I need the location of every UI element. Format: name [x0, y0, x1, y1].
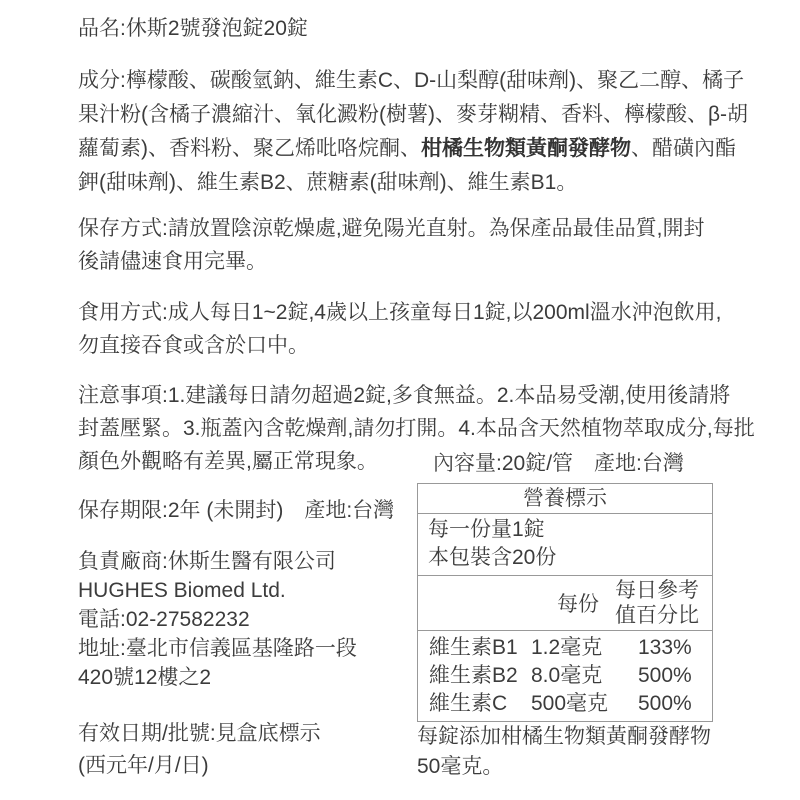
usage-line-2: 勿直接吞食或含於口中。: [78, 329, 722, 362]
nutrition-row-vitamin-b1: 維生素B1 1.2毫克 133%: [429, 634, 712, 662]
product-name: 品名:休斯2號發泡錠20錠: [78, 14, 308, 44]
nutrition-column-headers: 每份 每日參考 值百分比: [418, 576, 712, 631]
nutrition-serving-info: 每一份量1錠 本包裝含20份: [418, 514, 712, 576]
ingredients-line-1: 成分:檸檬酸、碳酸氫鈉、維生素C、D-山梨醇(甜味劑)、聚乙二醇、橘子: [78, 64, 748, 98]
storage-paragraph: 保存方式:請放置陰涼乾燥處,避免陽光直射。為保產品最佳品質,開封 後請儘速食用完…: [78, 212, 705, 278]
ingredients-line-3: 蘿蔔素)、香料粉、聚乙烯吡咯烷酮、柑橘生物類黃酮發酵物、醋磺內酯: [78, 132, 748, 166]
manufacturer-block: 負責廠商:休斯生醫有限公司 HUGHES Biomed Ltd. 電話:02-2…: [78, 547, 357, 692]
usage-line-1: 食用方式:成人每日1~2錠,4歲以上孩童每日1錠,以200ml溫水沖泡飲用,: [78, 296, 722, 329]
nutrition-table: 營養標示 每一份量1錠 本包裝含20份 每份 每日參考 值百分比 維生素B1 1…: [417, 483, 713, 722]
notice-line-2: 封蓋壓緊。3.瓶蓋內含乾燥劑,請勿打開。4.本品含天然植物萃取成分,每批: [78, 412, 755, 445]
product-label-page: 品名:休斯2號發泡錠20錠 成分:檸檬酸、碳酸氫鈉、維生素C、D-山梨醇(甜味劑…: [0, 0, 800, 800]
nutrition-footnote-line-2: 50毫克。: [417, 752, 711, 782]
expiry-block: 有效日期/批號:見盒底標示 (西元年/月/日): [78, 718, 321, 782]
net-content-line: 內容量:20錠/管 產地:台灣: [433, 450, 684, 478]
manufacturer-phone: 電話:02-27582232: [78, 605, 357, 634]
usage-paragraph: 食用方式:成人每日1~2錠,4歲以上孩童每日1錠,以200ml溫水沖泡飲用, 勿…: [78, 296, 722, 362]
nutrient-daily-value: 133%: [638, 634, 692, 662]
manufacturer-address-2: 420號12樓之2: [78, 663, 357, 692]
col-header-daily-line-1: 每日參考: [615, 578, 699, 603]
nutrient-amount: 1.2毫克: [531, 634, 638, 662]
nutrition-footnote: 每錠添加柑橘生物類黃酮發酵物 50毫克。: [417, 722, 711, 782]
nutrition-row-vitamin-b2: 維生素B2 8.0毫克 500%: [429, 662, 712, 690]
nutrition-row-vitamin-c: 維生素C 500毫克 500%: [429, 690, 712, 718]
ingredients-line-2: 果汁粉(含橘子濃縮汁、氧化澱粉(樹薯)、麥芽糊精、香料、檸檬酸、β-胡: [78, 98, 748, 132]
expiry-line-2: (西元年/月/日): [78, 750, 321, 782]
nutrient-daily-value: 500%: [638, 662, 692, 690]
serving-size: 每一份量1錠: [428, 516, 712, 544]
manufacturer-name-en: HUGHES Biomed Ltd.: [78, 576, 357, 605]
ingredients-highlight: 柑橘生物類黃酮發酵物: [421, 137, 631, 160]
product-name-text: 品名:休斯2號發泡錠20錠: [78, 14, 308, 44]
col-header-daily-value: 每日參考 值百分比: [615, 578, 699, 628]
nutrition-footnote-line-1: 每錠添加柑橘生物類黃酮發酵物: [417, 722, 711, 752]
shelf-life-text: 保存期限:2年 (未開封) 產地:台灣: [78, 496, 394, 526]
nutrient-amount: 500毫克: [531, 690, 638, 718]
nutrition-table-title: 營養標示: [418, 484, 712, 514]
col-header-daily-line-2: 值百分比: [615, 603, 699, 628]
expiry-line-1: 有效日期/批號:見盒底標示: [78, 718, 321, 750]
shelf-life-line: 保存期限:2年 (未開封) 產地:台灣: [78, 496, 394, 526]
net-content-text: 內容量:20錠/管 產地:台灣: [433, 450, 684, 478]
notice-line-1: 注意事項:1.建議每日請勿超過2錠,多食無益。2.本品易受潮,使用後請將: [78, 379, 755, 412]
nutrient-name: 維生素B1: [429, 634, 531, 662]
ingredients-line-3-post: 、醋磺內酯: [631, 137, 736, 160]
ingredients-line-4: 鉀(甜味劑)、維生素B2、蔗糖素(甜味劑)、維生素B1。: [78, 166, 748, 200]
servings-per-package: 本包裝含20份: [428, 544, 712, 572]
nutrition-data-rows: 維生素B1 1.2毫克 133% 維生素B2 8.0毫克 500% 維生素C 5…: [418, 631, 712, 721]
nutrient-daily-value: 500%: [638, 690, 692, 718]
manufacturer-address-1: 地址:臺北市信義區基隆路一段: [78, 634, 357, 663]
ingredients-line-3-pre: 蘿蔔素)、香料粉、聚乙烯吡咯烷酮、: [78, 137, 421, 160]
nutrient-name: 維生素B2: [429, 662, 531, 690]
ingredients-paragraph: 成分:檸檬酸、碳酸氫鈉、維生素C、D-山梨醇(甜味劑)、聚乙二醇、橘子 果汁粉(…: [78, 64, 748, 200]
manufacturer-name: 負責廠商:休斯生醫有限公司: [78, 547, 357, 576]
col-header-per-serving: 每份: [557, 588, 599, 618]
storage-line-2: 後請儘速食用完畢。: [78, 245, 705, 278]
storage-line-1: 保存方式:請放置陰涼乾燥處,避免陽光直射。為保產品最佳品質,開封: [78, 212, 705, 245]
nutrient-name: 維生素C: [429, 690, 531, 718]
nutrient-amount: 8.0毫克: [531, 662, 638, 690]
